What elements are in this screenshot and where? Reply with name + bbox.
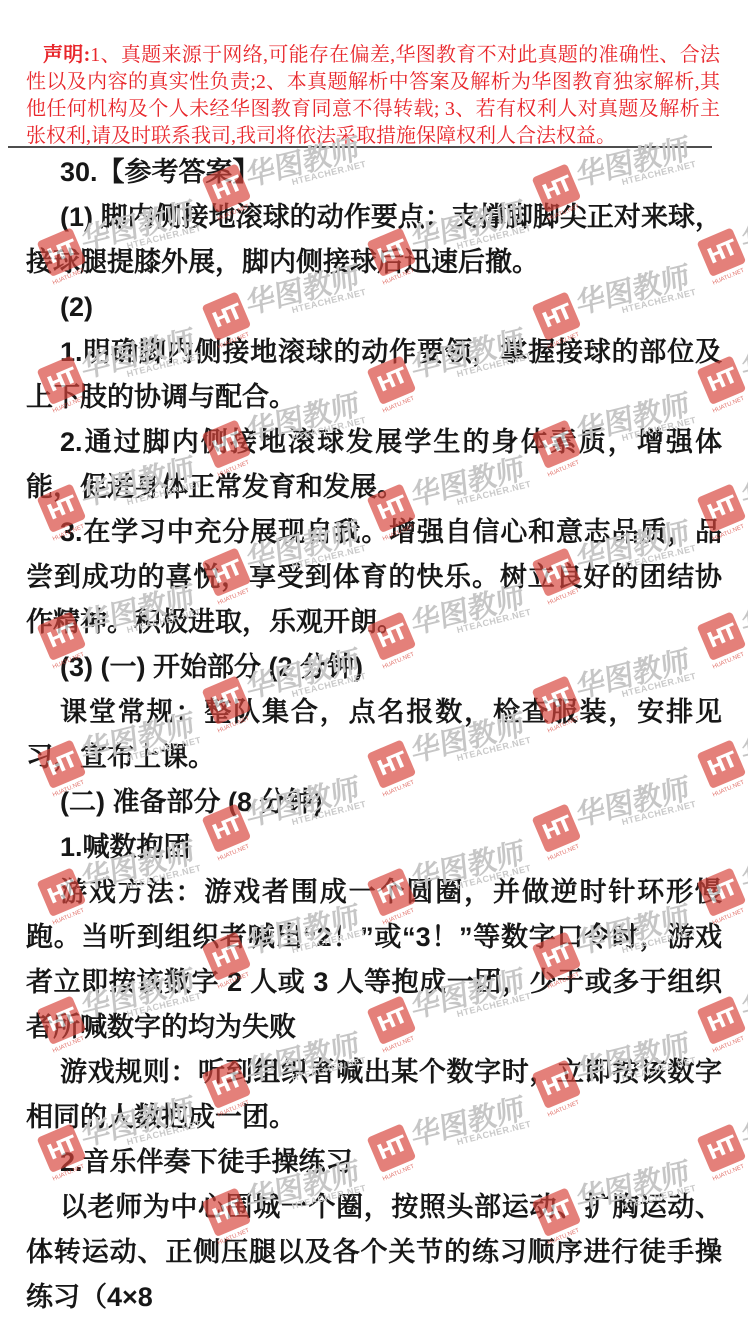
answer-paragraph: 课堂常规：整队集合，点名报数，检查服装，安排见习，宣布上课。: [26, 690, 722, 780]
answer-paragraph: 2.通过脚内侧接地滚球发展学生的身体素质，增强体能，促进身体正常发育和发展。: [26, 420, 722, 510]
answer-paragraph: (3) (一) 开始部分 (2 分钟): [26, 645, 722, 690]
answer-paragraph: 1.明确脚内侧接地滚球的动作要领，掌握接球的部位及上下肢的协调与配合。: [26, 330, 722, 420]
watermark-brand-text: 华图教师: [740, 318, 748, 387]
watermark-brand-text: 华图教师: [740, 446, 748, 515]
watermark-brand-text: 华图教师: [740, 830, 748, 899]
answer-body: 30.【参考答案】(1) 脚内侧接地滚球的动作要点：支撑脚脚尖正对来球，接球腿提…: [26, 150, 722, 1320]
watermark-brand-text: 华图教师: [740, 574, 748, 643]
answer-paragraph: 以老师为中心围城一个圈，按照头部运动、扩胸运动、体转运动、正侧压腿以及各个关节的…: [26, 1185, 722, 1320]
watermark-brand-text: 华图教师: [740, 1086, 748, 1155]
answer-paragraph: 3.在学习中充分展现自我。增强自信心和意志品质，品尝到成功的喜悦，享受到体育的快…: [26, 510, 722, 645]
answer-paragraph: (2): [26, 285, 722, 330]
answer-paragraph: 1.喊数抱团: [26, 825, 722, 870]
watermark-brand-text: 华图教师: [740, 958, 748, 1027]
answer-paragraph: (1) 脚内侧接地滚球的动作要点：支撑脚脚尖正对来球，接球腿提膝外展，脚内侧接球…: [26, 195, 722, 285]
disclaimer-body: 1、真题来源于网络,可能存在偏差,华图教育不对此真题的准确性、合法性以及内容的真…: [26, 44, 720, 147]
answer-paragraph: 30.【参考答案】: [26, 150, 722, 195]
disclaimer-text: 声明:1、真题来源于网络,可能存在偏差,华图教育不对此真题的准确性、合法性以及内…: [26, 42, 720, 150]
disclaimer-label: 声明:: [43, 44, 90, 66]
document-page: 声明:1、真题来源于网络,可能存在偏差,华图教育不对此真题的准确性、合法性以及内…: [0, 0, 748, 1334]
watermark-brand-text: 华图教师: [740, 190, 748, 259]
answer-paragraph: 2.音乐伴奏下徒手操练习: [26, 1140, 722, 1185]
section-divider: [8, 146, 712, 148]
watermark-brand-text: 华图教师: [740, 702, 748, 771]
answer-paragraph: 游戏规则：听到组织者喊出某个数字时，立即按该数字相同的人数抱成一团。: [26, 1050, 722, 1140]
answer-paragraph: (二) 准备部分 (8 分钟): [26, 780, 722, 825]
answer-paragraph: 游戏方法：游戏者围成一个圆圈，并做逆时针环形慢跑。当听到组织者喊出“2！”或“3…: [26, 870, 722, 1050]
